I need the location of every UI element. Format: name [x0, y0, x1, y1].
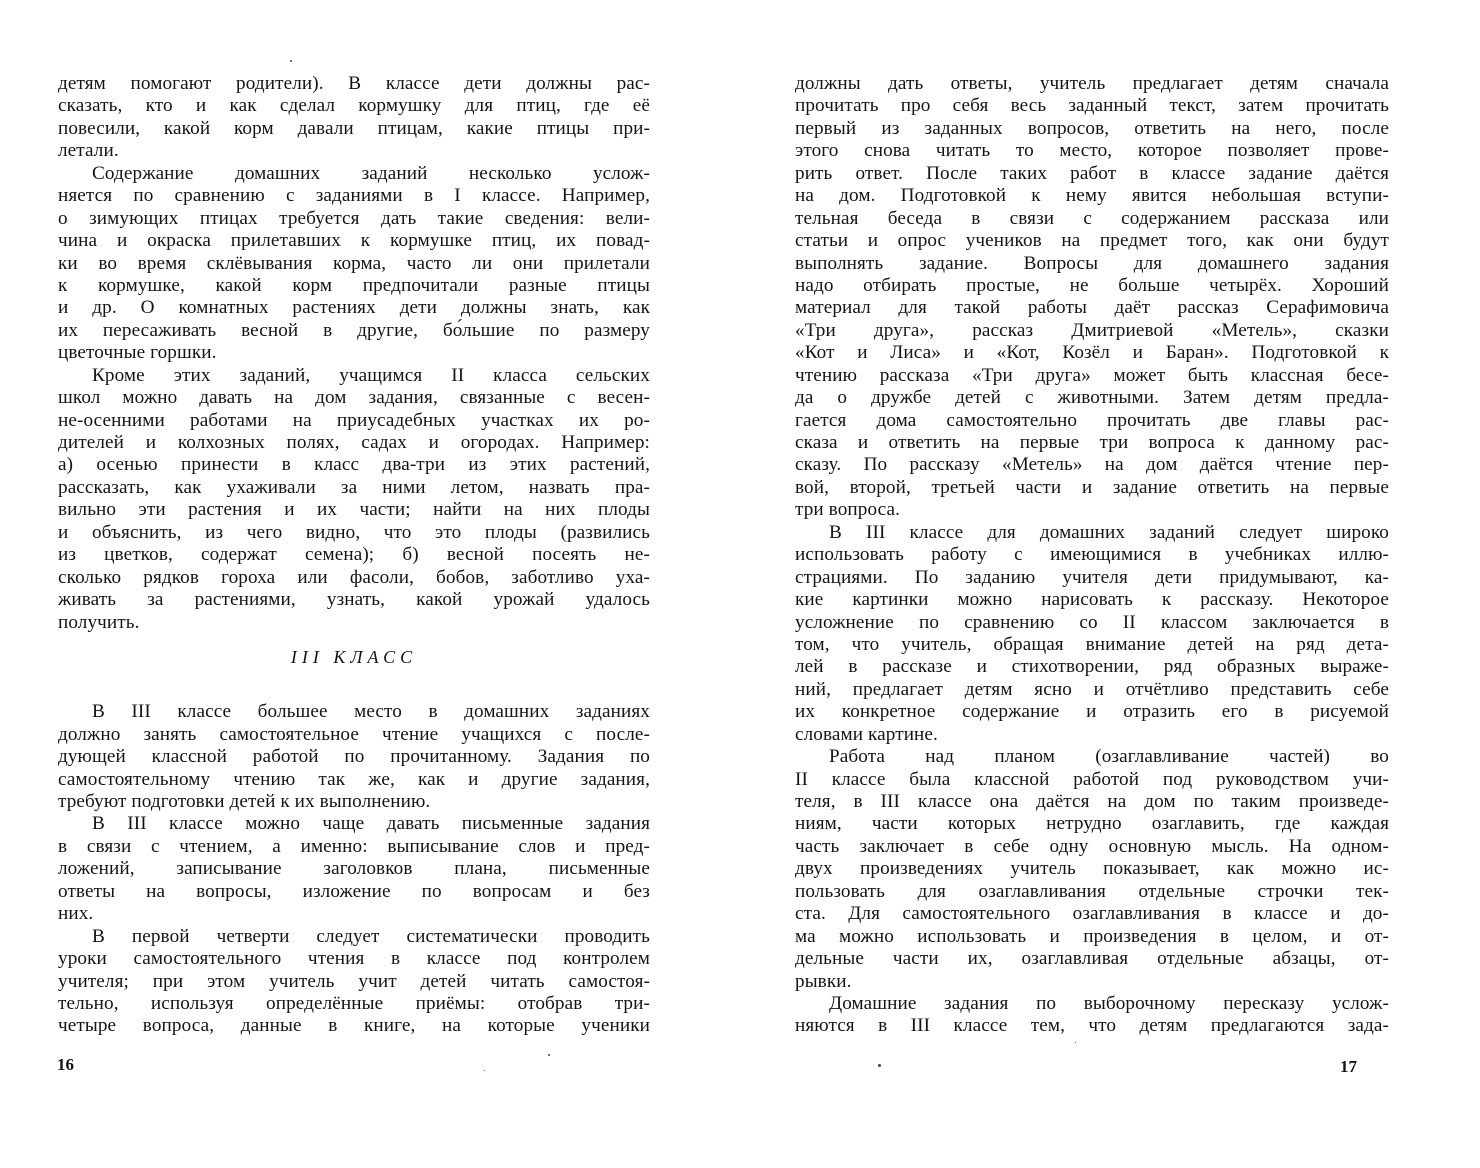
text-line: должны дать ответы, учитель предлагает д…: [795, 73, 1389, 95]
text-line: на дом. Подготовкой к нему явится неболь…: [795, 185, 1389, 207]
scan-speck: [484, 1070, 485, 1071]
text-line: их конкретное содержание и отразить его …: [795, 701, 1389, 723]
text-line: учителя; при этом учитель учит детей чит…: [58, 971, 650, 993]
text-line: дующей классной работой по прочитанному.…: [58, 746, 650, 768]
text-line: из цветков, содержат семена); б) весной …: [58, 544, 650, 566]
text-line: рассказать, как ухаживали за ними летом,…: [58, 477, 650, 499]
text-line: живать за растениями, узнать, какой урож…: [58, 589, 650, 611]
text-line: няются в III классе тем, что детям предл…: [795, 1015, 1389, 1037]
text-line: их пересаживать весной в другие, бо́льши…: [58, 320, 650, 342]
page-number-left: 16: [57, 1055, 74, 1075]
right-page-paragraphs: должны дать ответы, учитель предлагает д…: [795, 73, 1389, 1038]
scan-speck: [878, 1064, 881, 1067]
page-number-right: 17: [1340, 1057, 1357, 1077]
text-line: сказа и ответить на первые три вопроса к…: [795, 432, 1389, 454]
text-line: Домашние задания по выборочному пересказ…: [795, 993, 1389, 1015]
text-line: рывки.: [795, 971, 1389, 993]
text-line: школ можно давать на дом задания, связан…: [58, 387, 650, 409]
left-page: детям помогают родители). В классе дети …: [0, 0, 740, 1168]
text-line: Работа над планом (озаглавливание частей…: [795, 746, 1389, 768]
text-line: сколько рядков гороха или фасоли, бобов,…: [58, 567, 650, 589]
text-line: первый из заданных вопросов, ответить на…: [795, 118, 1389, 140]
text-line: дельные части их, озаглавливая отдельные…: [795, 948, 1389, 970]
section-heading-wrap: III КЛАСС: [58, 634, 650, 701]
text-line: страциями. По заданию учителя дети приду…: [795, 567, 1389, 589]
text-line: выполнять задание. Вопросы для домашнего…: [795, 253, 1389, 275]
text-line: четыре вопроса, данные в книге, на котор…: [58, 1015, 650, 1037]
text-line: «Три друга», рассказ Дмитриевой «Метель»…: [795, 320, 1389, 342]
text-line: вильно эти растения и их части; найти на…: [58, 499, 650, 521]
text-line: цветочные горшки.: [58, 342, 650, 364]
text-line: вой, второй, третьей части и задание отв…: [795, 477, 1389, 499]
text-line: уроки самостоятельного чтения в классе п…: [58, 948, 650, 970]
text-line: чина и окраска прилетавших к кормушке пт…: [58, 230, 650, 252]
text-line: надо отбирать простые, не больше четырёх…: [795, 275, 1389, 297]
text-line: повесили, какой корм давали птицам, каки…: [58, 118, 650, 140]
text-line: II классе была классной работой под руко…: [795, 769, 1389, 791]
text-line: ниям, части которых нетрудно озаглавить,…: [795, 813, 1389, 835]
text-line: гается дома самостоятельно прочитать две…: [795, 410, 1389, 432]
left-page-paragraphs-after-heading: В III классе большее место в домашних за…: [58, 701, 650, 1038]
right-page-text-column: должны дать ответы, учитель предлагает д…: [795, 73, 1389, 1038]
scan-speck: [1075, 1042, 1076, 1043]
text-line: не-осенними работами на приусадебных уча…: [58, 410, 650, 432]
left-page-text-column: детям помогают родители). В классе дети …: [58, 73, 650, 1038]
text-line: лей в рассказе и стихотворении, ряд обра…: [795, 656, 1389, 678]
text-line: ма можно использовать и произведения в ц…: [795, 926, 1389, 948]
text-line: должно занять самостоятельное чтение уча…: [58, 724, 650, 746]
scan-speck: [548, 1054, 550, 1056]
text-line: Кроме этих заданий, учащимся II класса с…: [58, 365, 650, 387]
text-line: сказу. По рассказу «Метель» на дом даётс…: [795, 454, 1389, 476]
text-line: Содержание домашних заданий несколько ус…: [58, 163, 650, 185]
text-line: материал для такой работы даёт рассказ С…: [795, 297, 1389, 319]
scan-speck: [290, 60, 292, 62]
text-line: ки во время склёвывания корма, часто ли …: [58, 253, 650, 275]
text-line: в связи с чтением, а именно: выписывание…: [58, 836, 650, 858]
text-line: этого снова читать то место, которое поз…: [795, 140, 1389, 162]
text-line: часть заключает в себе одну основную мыс…: [795, 836, 1389, 858]
text-line: статьи и опрос учеников на предмет того,…: [795, 230, 1389, 252]
text-line: да о дружбе детей с животными. Затем дет…: [795, 387, 1389, 409]
text-line: сказать, кто и как сделал кормушку для п…: [58, 95, 650, 117]
text-line: кие картинки можно нарисовать к рассказу…: [795, 589, 1389, 611]
text-line: словами картине.: [795, 724, 1389, 746]
text-line: ний, предлагает детям ясно и отчётливо п…: [795, 679, 1389, 701]
text-line: В III классе для домашних заданий следуе…: [795, 522, 1389, 544]
right-page: должны дать ответы, учитель предлагает д…: [740, 0, 1480, 1168]
text-line: рить ответ. После таких работ в классе з…: [795, 163, 1389, 185]
text-line: получить.: [58, 612, 650, 634]
text-line: В первой четверти следует систематически…: [58, 926, 650, 948]
text-line: двух произведениях учитель показывает, к…: [795, 858, 1389, 880]
text-line: теля, в III классе она даётся на дом по …: [795, 791, 1389, 813]
text-line: прочитать про себя весь заданный текст, …: [795, 95, 1389, 117]
text-line: «Кот и Лиса» и «Кот, Козёл и Баран». Под…: [795, 342, 1389, 364]
text-line: о зимующих птицах требуется дать такие с…: [58, 208, 650, 230]
text-line: В III классе можно чаще давать письменны…: [58, 813, 650, 835]
text-line: ответы на вопросы, изложение по вопросам…: [58, 881, 650, 903]
text-line: самостоятельному чтению так же, как и др…: [58, 769, 650, 791]
text-line: том, что учитель, обращая внимание детей…: [795, 634, 1389, 656]
text-line: усложнение по сравнению со II классом за…: [795, 612, 1389, 634]
text-line: В III классе большее место в домашних за…: [58, 701, 650, 723]
text-line: чтению рассказа «Три друга» может быть к…: [795, 365, 1389, 387]
text-line: тельно, используя определённые приёмы: о…: [58, 993, 650, 1015]
text-line: пользовать для озаглавливания отдельные …: [795, 881, 1389, 903]
text-line: и объяснить, из чего видно, что это плод…: [58, 522, 650, 544]
text-line: дителей и колхозных полях, садах и огоро…: [58, 432, 650, 454]
text-line: и др. О комнатных растениях дети должны …: [58, 297, 650, 319]
text-line: детям помогают родители). В классе дети …: [58, 73, 650, 95]
text-line: ста. Для самостоятельного озаглавливания…: [795, 903, 1389, 925]
text-line: ложений, записывание заголовков плана, п…: [58, 858, 650, 880]
text-line: использовать работу с имеющимися в учебн…: [795, 544, 1389, 566]
text-line: к кормушке, какой корм предпочитали разн…: [58, 275, 650, 297]
left-page-paragraphs-before-heading: детям помогают родители). В классе дети …: [58, 73, 650, 634]
text-line: а) осенью принести в класс два-три из эт…: [58, 454, 650, 476]
text-line: три вопроса.: [795, 499, 1389, 521]
text-line: летали.: [58, 140, 650, 162]
text-line: них.: [58, 903, 650, 925]
text-line: няется по сравнению с заданиями в I клас…: [58, 185, 650, 207]
text-line: требуют подготовки детей к их выполнению…: [58, 791, 650, 813]
text-line: тельная беседа в связи с содержанием рас…: [795, 208, 1389, 230]
